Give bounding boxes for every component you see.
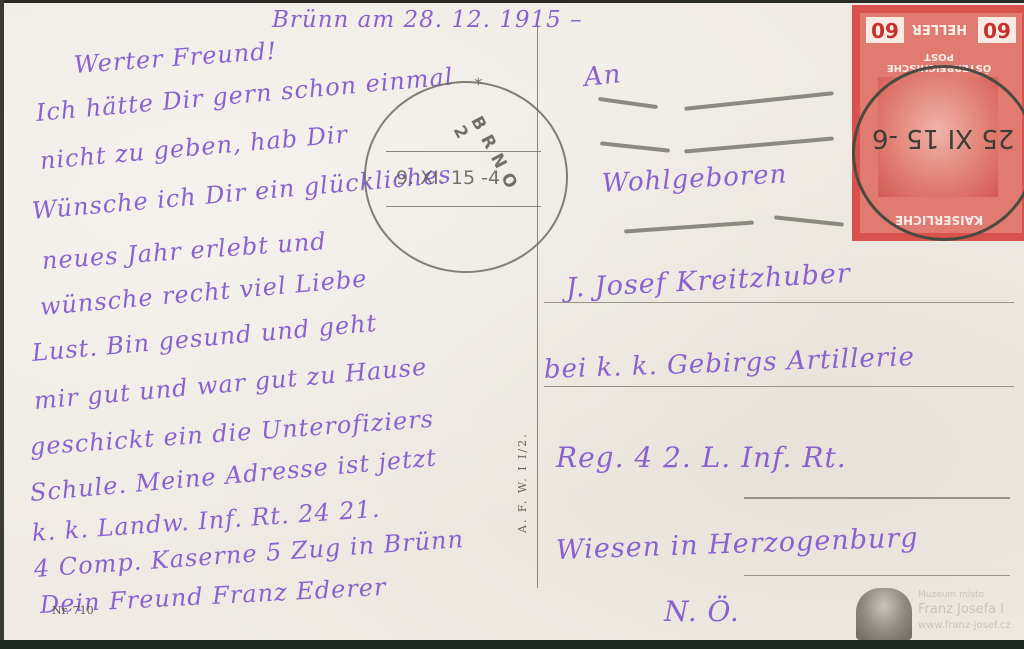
museum-watermark: Muzeum místo Franz Josefa I www.franz-jo…: [856, 586, 1018, 642]
message-line: wünsche recht viel Liebe: [39, 264, 369, 321]
cancel-wave: [684, 136, 834, 153]
address-rule: [744, 497, 1010, 499]
watermark-line-1: Muzeum místo: [918, 590, 984, 600]
message-line: neues Jahr erlebt und: [41, 227, 327, 275]
card-number: Nr. 710: [52, 604, 94, 617]
cancel-wave: [624, 220, 754, 233]
address-line: Wohlgeboren: [601, 159, 788, 199]
address-line: J. Josef Kreitzhuber: [565, 258, 851, 304]
postmark-brno: 9. XI. 15 -4 BRNO 2 *: [364, 81, 568, 273]
postcard: Brünn am 28. 12. 1915 – Werter Freund! I…: [4, 3, 1024, 643]
cancel-wave: [600, 141, 670, 152]
watermark-line-2: Franz Josefa I: [918, 602, 1004, 617]
address-line: bei k. k. Gebirgs Artillerie: [543, 342, 915, 385]
address-rule: [544, 302, 1014, 303]
address-salutation: An: [582, 59, 622, 93]
postage-stamp: 60 60 HELLER ÖSTERREICHISCHE POST KAISER…: [852, 5, 1024, 241]
address-line: Reg. 4 2. L. Inf. Rt.: [556, 441, 847, 474]
stamp-cancel-ring: [852, 65, 1024, 241]
scan-bottom-edge: [0, 640, 1024, 649]
cancel-wave: [684, 91, 834, 111]
postmark-star: *: [474, 75, 483, 95]
stamp-currency: HELLER: [892, 21, 987, 36]
watermark-line-3: www.franz-josef.cz: [918, 620, 1011, 631]
address-rule: [744, 575, 1010, 576]
cancel-wave: [774, 215, 844, 226]
address-line: Wiesen in Herzogenburg: [555, 522, 919, 566]
address-rule: [544, 386, 1014, 387]
message-line: Lust. Bin gesund und geht: [31, 309, 378, 367]
address-line: N. Ö.: [664, 595, 740, 628]
cancel-wave: [598, 97, 658, 109]
message-line: nicht zu geben, hab Dir: [39, 120, 349, 175]
message-line: mir gut und war gut zu Hause: [33, 353, 428, 415]
watermark-portrait: [856, 588, 912, 640]
stamp-cancel-date: 25 XI 15 -6: [872, 123, 1014, 153]
message-line: Werter Freund!: [73, 37, 278, 79]
publisher-imprint: A. F. W. I I/2.: [516, 432, 529, 533]
